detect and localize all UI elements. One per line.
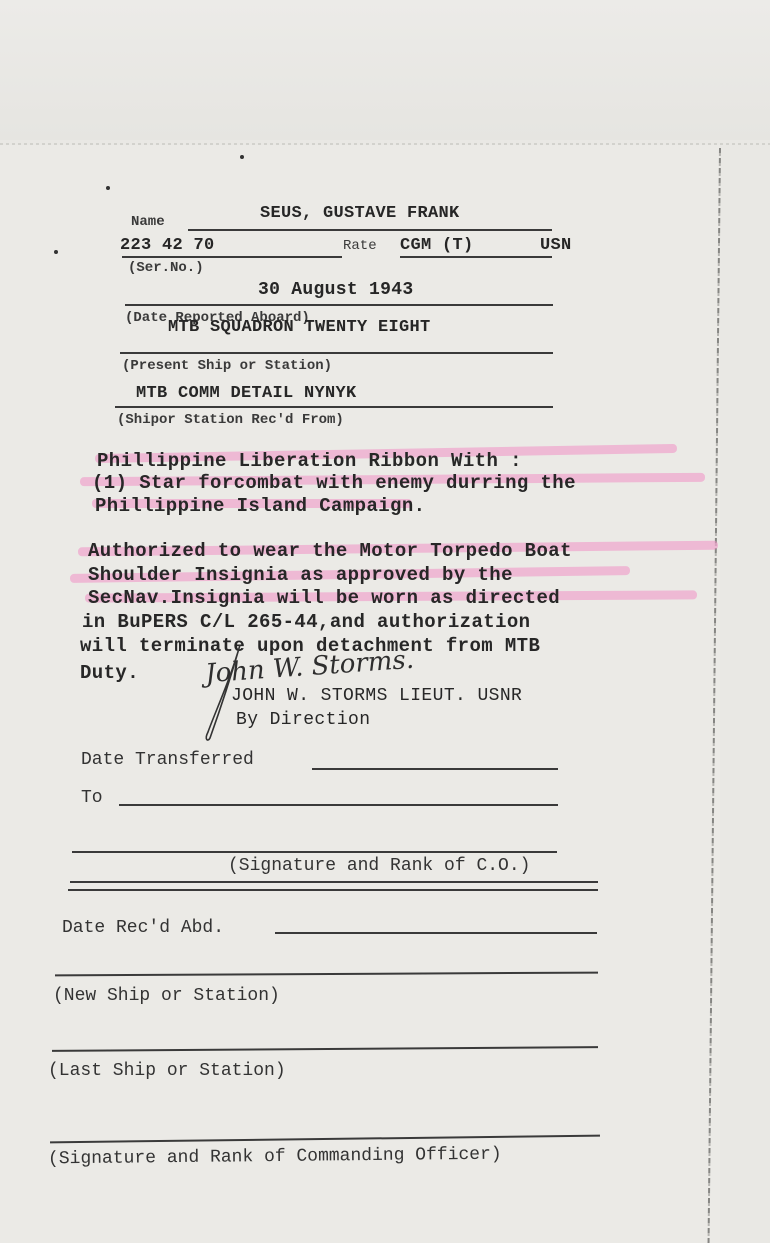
name-label: Name: [131, 214, 165, 230]
entry-line: SecNav.Insignia will be worn as directed: [88, 587, 560, 609]
date-reported-rule: [125, 304, 553, 306]
present-ship-rule: [120, 352, 553, 354]
last-ship-label: (Last Ship or Station): [48, 1061, 286, 1081]
branch-value: USN: [540, 236, 572, 255]
section-rule: [68, 889, 598, 891]
entry-line: Phillippine Island Campaign.: [95, 495, 425, 517]
ink-speck: [54, 250, 58, 254]
name-value: SEUS, GUSTAVE FRANK: [260, 204, 460, 223]
name-rule: [188, 229, 552, 231]
received-from-rule: [115, 406, 553, 408]
rate-label: Rate: [343, 238, 377, 254]
co-signature-label: (Signature and Rank of C.O.): [228, 856, 530, 876]
service-number-label: (Ser.No.): [128, 260, 204, 276]
received-from-label: (Shipor Station Rec'd From): [117, 412, 344, 428]
service-number-value: 223 42 70: [120, 236, 215, 255]
ink-speck: [106, 186, 110, 190]
section-rule: [70, 881, 598, 883]
present-ship-label: (Present Ship or Station): [122, 358, 332, 374]
entry-line: in BuPERS C/L 265-44,and authorization: [82, 611, 530, 633]
service-number-rule: [122, 256, 342, 258]
entry-line: (1) Star forcombat with enemy durring th…: [92, 472, 576, 494]
date-received-label: Date Rec'd Abd.: [62, 918, 224, 938]
rate-rule: [400, 256, 552, 258]
new-ship-label: (New Ship or Station): [53, 986, 280, 1006]
to-field[interactable]: [119, 804, 558, 806]
present-ship-value: MTB SQUADRON TWENTY EIGHT: [168, 318, 431, 337]
co-signature-field[interactable]: [72, 851, 557, 853]
by-direction: By Direction: [236, 710, 370, 730]
to-label: To: [81, 788, 103, 808]
entry-line: Authorized to wear the Motor Torpedo Boa…: [88, 540, 572, 562]
signer-name: JOHN W. STORMS LIEUT. USNR: [231, 686, 522, 706]
entry-line: Duty.: [80, 662, 139, 684]
date-transferred-label: Date Transferred: [81, 750, 254, 770]
rate-value: CGM (T): [400, 236, 474, 255]
received-from-value: MTB COMM DETAIL NYNYK: [136, 384, 357, 403]
date-transferred-field[interactable]: [312, 768, 558, 770]
entry-line: Phillippine Liberation Ribbon With :: [97, 450, 522, 472]
background-surface: [0, 0, 770, 140]
date-reported-value: 30 August 1943: [258, 280, 413, 300]
date-received-field[interactable]: [275, 932, 597, 934]
ink-speck: [240, 155, 244, 159]
entry-line: Shoulder Insignia as approved by the: [88, 564, 513, 586]
